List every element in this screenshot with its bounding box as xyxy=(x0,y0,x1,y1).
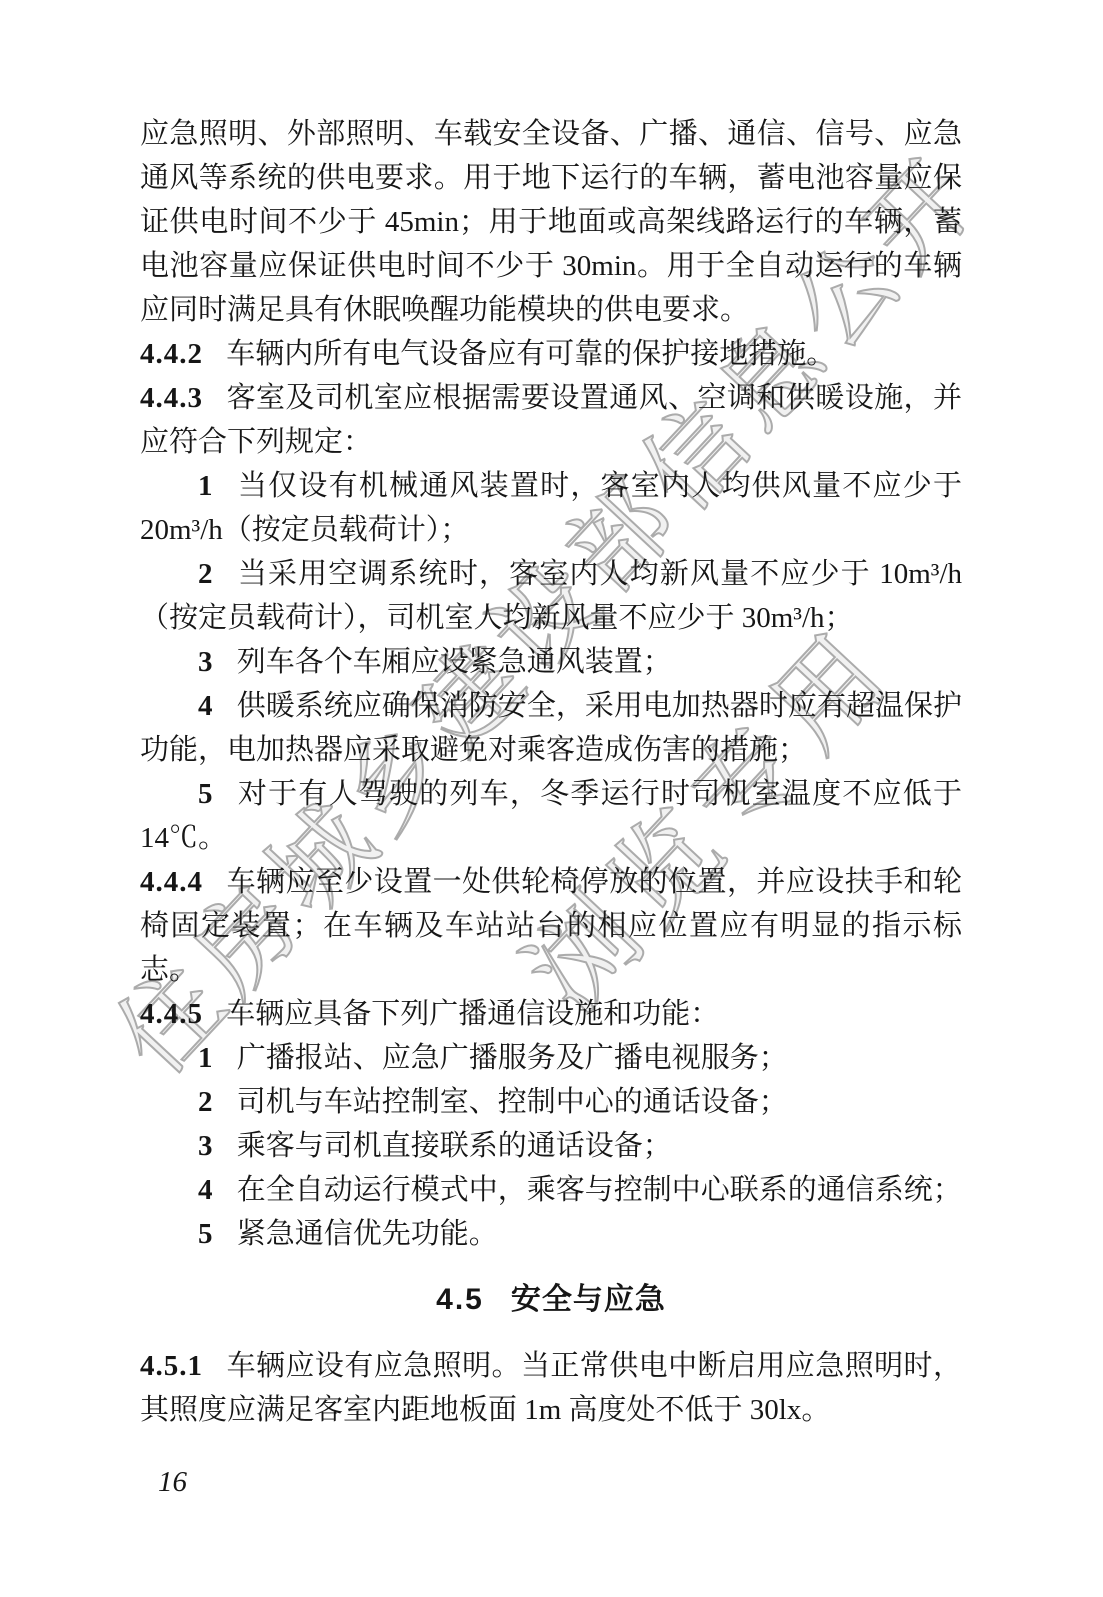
item-text: 当采用空调系统时，客室内人均新风量不应少于 10m³/h（按定员载荷计），司机室… xyxy=(140,558,962,634)
item-number: 1 xyxy=(198,470,214,502)
list-item-3: 3乘客与司机直接联系的通话设备； xyxy=(140,1124,962,1168)
section-heading: 4.5安全与应急 xyxy=(140,1278,962,1322)
list-item-5: 5对于有人驾驶的列车，冬季运行时司机室温度不应低于 14℃。 xyxy=(140,772,962,860)
item-text: 列车各个车厢应设紧急通风装置； xyxy=(237,646,672,678)
clause-4-5-1: 4.5.1车辆应设有应急照明。当正常供电中断启用应急照明时，其照度应满足客室内距… xyxy=(140,1344,962,1432)
item-number: 5 xyxy=(198,1218,214,1250)
clause-number: 4.4.2 xyxy=(140,338,203,370)
list-item-2: 2当采用空调系统时，客室内人均新风量不应少于 10m³/h（按定员载荷计），司机… xyxy=(140,552,962,640)
item-number: 4 xyxy=(198,690,214,722)
item-text: 对于有人驾驶的列车，冬季运行时司机室温度不应低于 14℃。 xyxy=(140,778,962,854)
clause-4-4-2: 4.4.2车辆内所有电气设备应有可靠的保护接地措施。 xyxy=(140,332,962,376)
clause-text: 车辆内所有电气设备应有可靠的保护接地措施。 xyxy=(226,338,835,370)
clause-4-4-3: 4.4.3客室及司机室应根据需要设置通风、空调和供暖设施，并应符合下列规定： xyxy=(140,376,962,464)
list-item-2: 2司机与车站控制室、控制中心的通话设备； xyxy=(140,1080,962,1124)
clause-number: 4.4.4 xyxy=(140,866,203,898)
item-text: 紧急通信优先功能。 xyxy=(237,1218,498,1250)
clause-text: 客室及司机室应根据需要设置通风、空调和供暖设施，并应符合下列规定： xyxy=(140,382,962,458)
item-number: 2 xyxy=(198,558,214,590)
item-text: 广播报站、应急广播服务及广播电视服务； xyxy=(237,1042,788,1074)
clause-text: 车辆应至少设置一处供轮椅停放的位置，并应设扶手和轮椅固定装置；在车辆及车站站台的… xyxy=(140,866,962,986)
clause-text: 车辆应设有应急照明。当正常供电中断启用应急照明时，其照度应满足客室内距地板面 1… xyxy=(140,1350,962,1426)
list-item-4: 4在全自动运行模式中，乘客与控制中心联系的通信系统； xyxy=(140,1168,962,1212)
item-number: 2 xyxy=(198,1086,214,1118)
document-page: 住房城乡建设部信息公开 浏览专用 应急照明、外部照明、车载安全设备、广播、通信、… xyxy=(0,0,1103,1597)
page-footer: 16 xyxy=(140,1460,962,1504)
clause-text: 车辆应具备下列广播通信设施和功能： xyxy=(226,998,719,1030)
section-number: 4.5 xyxy=(436,1283,484,1316)
item-text: 供暖系统应确保消防安全，采用电加热器时应有超温保护功能，电加热器应采取避免对乘客… xyxy=(140,690,962,766)
list-item-1: 1广播报站、应急广播服务及广播电视服务； xyxy=(140,1036,962,1080)
list-item-5: 5紧急通信优先功能。 xyxy=(140,1212,962,1256)
clause-4-4-5: 4.4.5车辆应具备下列广播通信设施和功能： xyxy=(140,992,962,1036)
item-number: 5 xyxy=(198,778,214,810)
item-number: 4 xyxy=(198,1174,214,1206)
item-number: 3 xyxy=(198,646,214,678)
item-text: 司机与车站控制室、控制中心的通话设备； xyxy=(237,1086,788,1118)
item-number: 3 xyxy=(198,1130,214,1162)
clause-number: 4.4.5 xyxy=(140,998,203,1030)
item-text: 乘客与司机直接联系的通话设备； xyxy=(237,1130,672,1162)
list-item-4: 4供暖系统应确保消防安全，采用电加热器时应有超温保护功能，电加热器应采取避免对乘… xyxy=(140,684,962,772)
clause-4-4-4: 4.4.4车辆应至少设置一处供轮椅停放的位置，并应设扶手和轮椅固定装置；在车辆及… xyxy=(140,860,962,992)
item-number: 1 xyxy=(198,1042,214,1074)
item-text: 当仅设有机械通风装置时，客室内人均供风量不应少于 20m³/h（按定员载荷计）； xyxy=(140,470,962,546)
page-content: 应急照明、外部照明、车载安全设备、广播、通信、信号、应急通风等系统的供电要求。用… xyxy=(140,112,962,1504)
paragraph-continuation: 应急照明、外部照明、车载安全设备、广播、通信、信号、应急通风等系统的供电要求。用… xyxy=(140,112,962,332)
paragraph-text: 应急照明、外部照明、车载安全设备、广播、通信、信号、应急通风等系统的供电要求。用… xyxy=(140,118,962,326)
page-number: 16 xyxy=(158,1466,187,1498)
list-item-1: 1当仅设有机械通风装置时，客室内人均供风量不应少于 20m³/h（按定员载荷计）… xyxy=(140,464,962,552)
clause-number: 4.5.1 xyxy=(140,1350,203,1382)
item-text: 在全自动运行模式中，乘客与控制中心联系的通信系统； xyxy=(237,1174,962,1206)
section-title: 安全与应急 xyxy=(511,1283,666,1316)
clause-number: 4.4.3 xyxy=(140,382,203,414)
list-item-3: 3列车各个车厢应设紧急通风装置； xyxy=(140,640,962,684)
